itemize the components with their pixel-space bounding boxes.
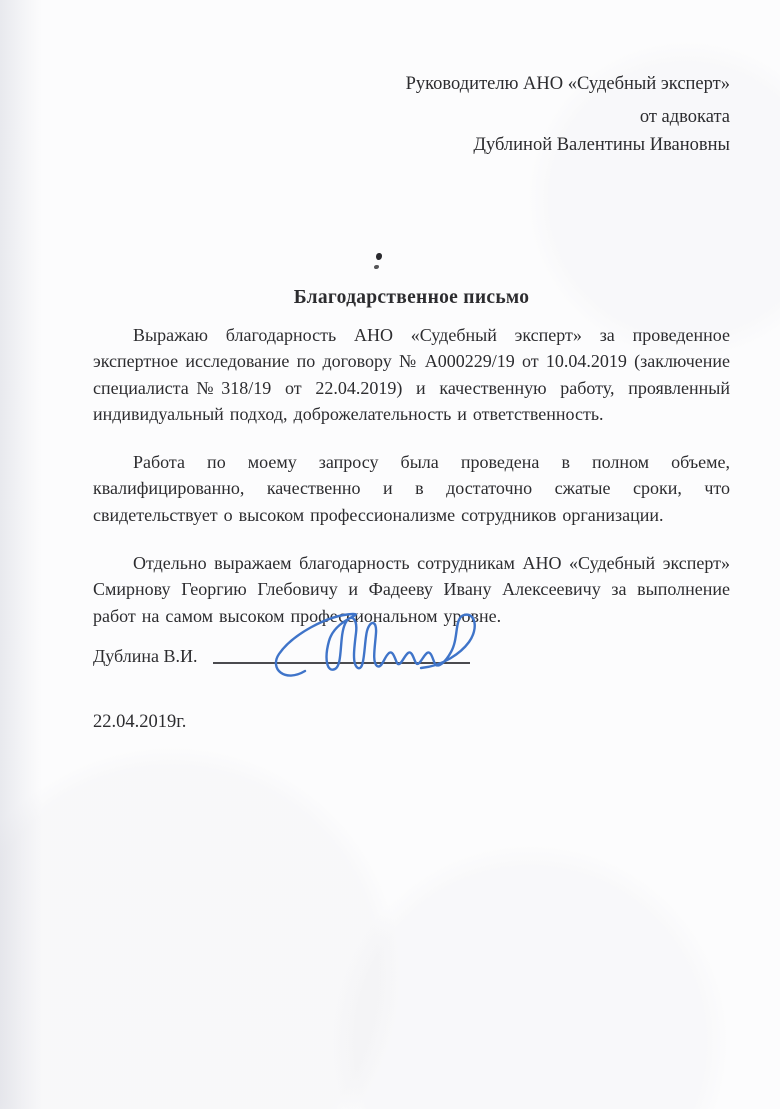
signatory-name: Дублина В.И. (93, 646, 198, 667)
paragraph-gratitude: Выражаю благодарность АНО «Судебный эксп… (93, 322, 730, 427)
recipient-line: Руководителю АНО «Судебный эксперт» (406, 70, 730, 98)
from-name-line: Дублиной Валентины Ивановны (406, 131, 730, 159)
from-line: от адвоката (406, 103, 730, 131)
ink-dot (374, 265, 379, 269)
ink-mark (374, 253, 382, 273)
letter-title: Благодарственное письмо (93, 287, 730, 309)
paragraph-work-quality: Работа по моему запросу была проведена в… (93, 449, 730, 528)
letter-date: 22.04.2019г. (93, 712, 186, 733)
signature-block: Дублина В.И. (93, 645, 730, 705)
letter-body: Выражаю благодарность АНО «Судебный эксп… (93, 322, 730, 651)
ink-dot (376, 253, 382, 260)
scanned-letter-page: Руководителю АНО «Судебный эксперт» от а… (0, 0, 780, 1109)
letter-header: Руководителю АНО «Судебный эксперт» от а… (406, 70, 730, 159)
handwritten-signature (265, 607, 483, 693)
signature-stroke (276, 614, 475, 676)
